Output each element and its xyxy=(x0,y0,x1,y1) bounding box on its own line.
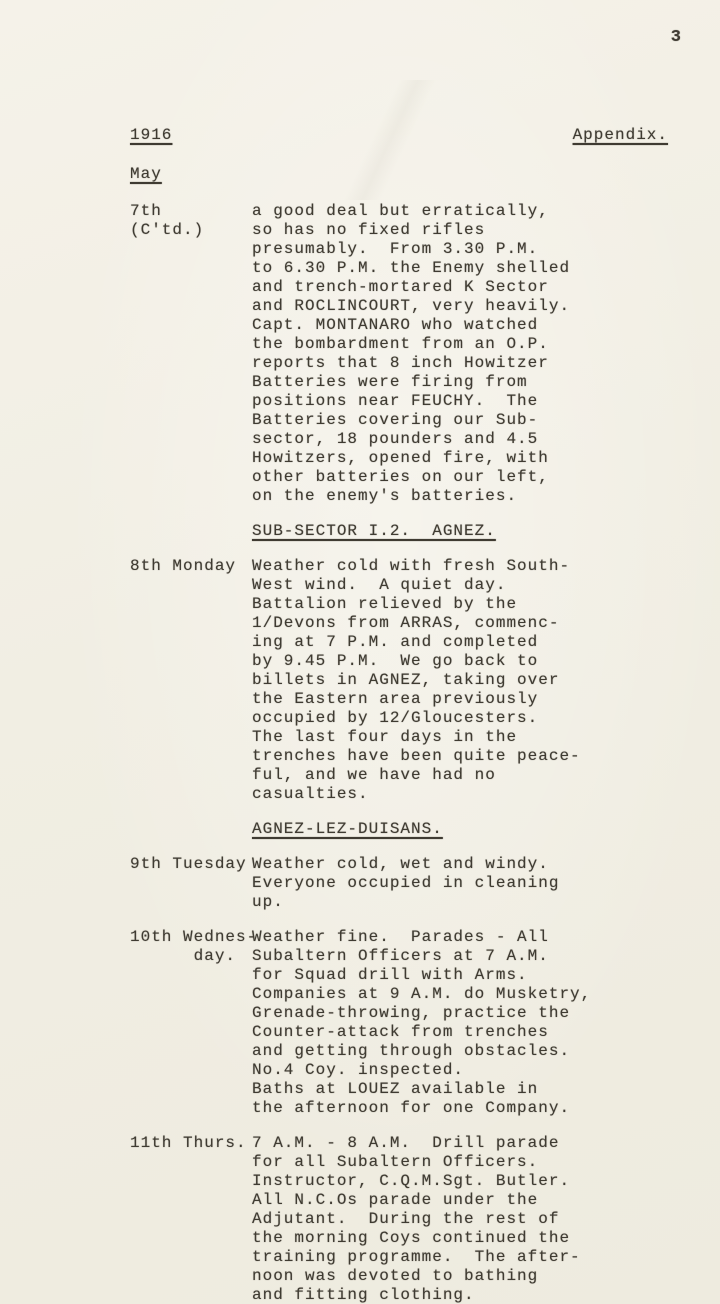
entry-body: Weather cold with fresh South- West wind… xyxy=(252,557,720,804)
year-label: 1916 xyxy=(130,126,172,145)
section-heading: AGNEZ-LEZ-DUISANS. xyxy=(252,820,720,839)
diary-page: 3 1916 Appendix. May 7th (C'td.)a good d… xyxy=(0,0,720,1304)
entry-body: Weather fine. Parades - All Subaltern Of… xyxy=(252,928,720,1118)
diary-entry: 8th MondayWeather cold with fresh South-… xyxy=(130,557,720,804)
entry-date: 8th Monday xyxy=(130,557,252,576)
section-heading-row: SUB-SECTOR I.2. AGNEZ. xyxy=(130,522,720,541)
entry-body: 7 A.M. - 8 A.M. Drill parade for all Sub… xyxy=(252,1134,720,1304)
diary-entry: 9th TuesdayWeather cold, wet and windy. … xyxy=(130,855,720,912)
entry-body: a good deal but erratically, so has no f… xyxy=(252,202,720,506)
diary-entry: 7th (C'td.)a good deal but erratically, … xyxy=(130,202,720,506)
month-label: May xyxy=(0,145,720,184)
diary-entry: 10th Wednes- day.Weather fine. Parades -… xyxy=(130,928,720,1118)
entry-date: 11th Thurs. xyxy=(130,1134,252,1153)
page-number: 3 xyxy=(671,28,682,47)
entry-date: 9th Tuesday xyxy=(130,855,252,874)
diary-entries: 7th (C'td.)a good deal but erratically, … xyxy=(0,184,720,1304)
doc-header: 1916 Appendix. xyxy=(0,0,720,145)
diary-entry: 11th Thurs.7 A.M. - 8 A.M. Drill parade … xyxy=(130,1134,720,1304)
section-heading-row: AGNEZ-LEZ-DUISANS. xyxy=(130,820,720,839)
section-heading-text: AGNEZ-LEZ-DUISANS. xyxy=(252,820,443,839)
section-heading: SUB-SECTOR I.2. AGNEZ. xyxy=(252,522,720,541)
entry-body: Weather cold, wet and windy. Everyone oc… xyxy=(252,855,720,912)
appendix-label: Appendix. xyxy=(573,126,668,145)
entry-date: 10th Wednes- day. xyxy=(130,928,252,966)
section-heading-text: SUB-SECTOR I.2. AGNEZ. xyxy=(252,522,496,541)
entry-date: 7th (C'td.) xyxy=(130,202,252,240)
